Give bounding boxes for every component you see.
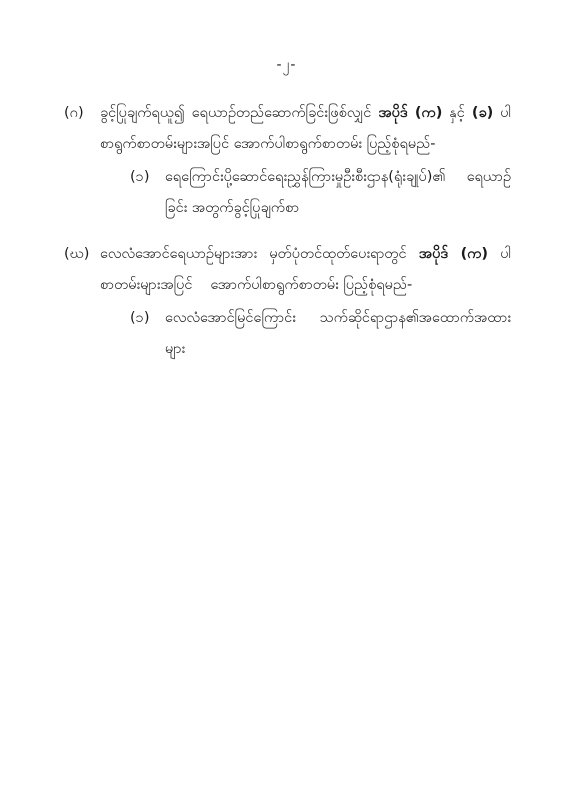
text-segment: ခွင့်ပြုချက်ရယူ၍ ရေယာဉ်တည်ဆောက်ခြင်းဖြစ်… (100, 105, 378, 121)
paragraph-gha-label: (ဃ) (64, 239, 100, 270)
paragraph-gha-line1: လေလံအောင်ရေယာဉ်များအား မှတ်ပုံတင်ထုတ်ပေး… (100, 239, 511, 270)
sub-item-line1: လေလံအောင်မြင်ကြောင်း သက်ဆိုင်ရာဌာန၏အထောက… (165, 303, 511, 334)
text-segment: နှင့် (442, 105, 471, 121)
sub-item-line1: ရေကြောင်းပို့ဆောင်ရေးညွှန်ကြားမှုဦးစီးဌာ… (165, 162, 511, 193)
bold-reference-ka: အပိုဒ် (က) (378, 105, 442, 121)
paragraph-gha-body: လေလံအောင်ရေယာဉ်များအား မှတ်ပုံတင်ထုတ်ပေး… (100, 239, 511, 365)
document-page: -၂- (ဂ) ခွင့်ပြုချက်ရယူ၍ ရေယာဉ်တည်ဆောက်ခ… (0, 0, 573, 809)
sub-item-line2: များ (165, 334, 511, 365)
text-segment: အောက်ပါစာရွက်စာတမ်း ပြည့်စုံရမည်- (210, 277, 412, 293)
sub-item-body: ရေကြောင်းပို့ဆောင်ရေးညွှန်ကြားမှုဦးစီးဌာ… (165, 162, 511, 224)
sub-item-label: (၁) (130, 303, 165, 334)
sub-item-ga-1: (၁) ရေကြောင်းပို့ဆောင်ရေးညွှန်ကြားမှုဦးစ… (130, 162, 511, 224)
document-body: (ဂ) ခွင့်ပြုချက်ရယူ၍ ရေယာဉ်တည်ဆောက်ခြင်း… (0, 98, 573, 365)
paragraph-gha-line2: စာတမ်းများအပြင်အောက်ပါစာရွက်စာတမ်း ပြည့်… (100, 270, 511, 301)
paragraph-ga-body: ခွင့်ပြုချက်ရယူ၍ ရေယာဉ်တည်ဆောက်ခြင်းဖြစ်… (100, 98, 511, 224)
paragraph-ga-line2: စာရွက်စာတမ်းများအပြင် အောက်ပါစာရွက်စာတမ်… (100, 129, 511, 160)
paragraph-ga: (ဂ) ခွင့်ပြုချက်ရယူ၍ ရေယာဉ်တည်ဆောက်ခြင်း… (64, 98, 511, 224)
text-segment: ပါ (493, 105, 511, 121)
sub-item-label: (၁) (130, 162, 165, 193)
bold-reference-ka: အပိုဒ် (က) (419, 246, 488, 262)
paragraph-ga-label: (ဂ) (64, 98, 100, 129)
page-number: -၂- (0, 54, 573, 76)
text-segment: လေလံအောင်ရေယာဉ်များအား မှတ်ပုံတင်ထုတ်ပေး… (100, 246, 419, 262)
text-segment: စာတမ်းများအပြင် (100, 277, 192, 293)
bold-reference-kha: (ခ) (472, 105, 493, 121)
sub-item-line2: ခြင်း အတွက်ခွင့်ပြုချက်စာ (165, 193, 511, 224)
paragraph-gha: (ဃ) လေလံအောင်ရေယာဉ်များအား မှတ်ပုံတင်ထုတ… (64, 239, 511, 365)
paragraph-ga-line1: ခွင့်ပြုချက်ရယူ၍ ရေယာဉ်တည်ဆောက်ခြင်းဖြစ်… (100, 98, 511, 129)
sub-item-gha-1: (၁) လေလံအောင်မြင်ကြောင်း သက်ဆိုင်ရာဌာန၏အ… (130, 303, 511, 365)
sub-item-body: လေလံအောင်မြင်ကြောင်း သက်ဆိုင်ရာဌာန၏အထောက… (165, 303, 511, 365)
